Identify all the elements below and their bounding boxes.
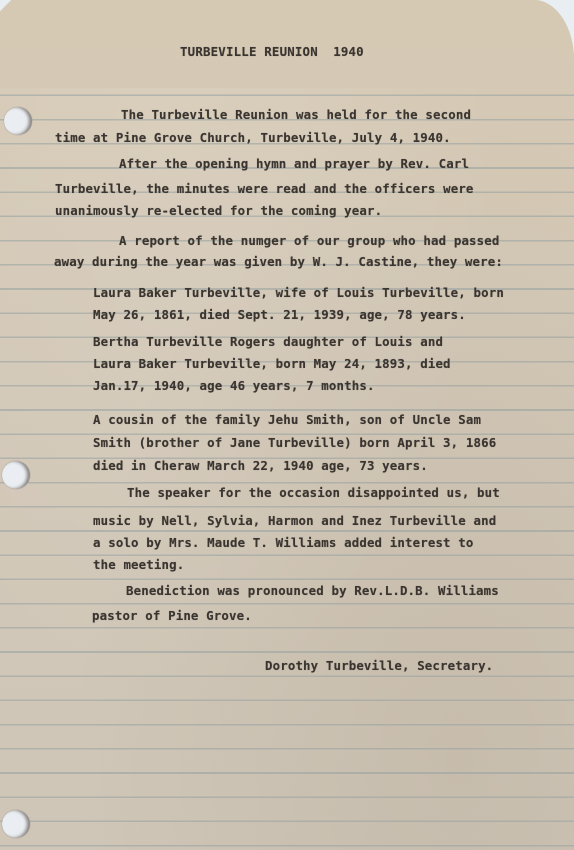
punch-hole-icon: [2, 461, 30, 489]
paragraph-1-line-1: The Turbeville Reunion was held for the …: [121, 109, 471, 121]
punch-hole-icon: [4, 107, 32, 135]
deceased-2-line-2: Laura Baker Turbeville, born May 24, 189…: [93, 358, 451, 370]
typed-document-page: TURBEVILLE REUNION 1940 The Turbeville R…: [0, 0, 574, 850]
deceased-3-line-3: died in Cheraw March 22, 1940 age, 73 ye…: [93, 460, 428, 472]
deceased-1-line-2: May 26, 1861, died Sept. 21, 1939, age, …: [93, 309, 466, 321]
closing-1-line-1: The speaker for the occasion disappointe…: [127, 487, 500, 499]
closing-2-line-1: Benediction was pronounced by Rev.L.D.B.…: [126, 585, 499, 597]
deceased-2-line-1: Bertha Turbeville Rogers daughter of Lou…: [93, 336, 443, 348]
closing-1-line-2: music by Nell, Sylvia, Harmon and Inez T…: [93, 515, 496, 527]
paragraph-2-line-2: Turbeville, the minutes were read and th…: [55, 183, 474, 195]
paragraph-2-line-3: unanimously re-elected for the coming ye…: [55, 205, 382, 217]
paragraph-3-line-1: A report of the numger of our group who …: [119, 235, 500, 247]
deceased-3-line-1: A cousin of the family Jehu Smith, son o…: [93, 414, 481, 426]
deceased-3-line-2: Smith (brother of Jane Turbeville) born …: [93, 437, 496, 449]
deceased-2-line-3: Jan.17, 1940, age 46 years, 7 months.: [93, 380, 375, 392]
closing-1-line-4: the meeting.: [93, 559, 184, 571]
signature-line: Dorothy Turbeville, Secretary.: [265, 660, 493, 672]
deceased-1-line-1: Laura Baker Turbeville, wife of Louis Tu…: [93, 287, 504, 299]
punch-hole-icon: [2, 810, 30, 838]
paragraph-2-line-1: After the opening hymn and prayer by Rev…: [119, 158, 469, 170]
closing-2-line-2: pastor of Pine Grove.: [92, 610, 252, 622]
closing-1-line-3: a solo by Mrs. Maude T. Williams added i…: [93, 537, 474, 549]
document-title: TURBEVILLE REUNION 1940: [180, 46, 364, 58]
paragraph-1-line-2: time at Pine Grove Church, Turbeville, J…: [55, 132, 451, 144]
paragraph-3-line-2: away during the year was given by W. J. …: [54, 256, 503, 268]
